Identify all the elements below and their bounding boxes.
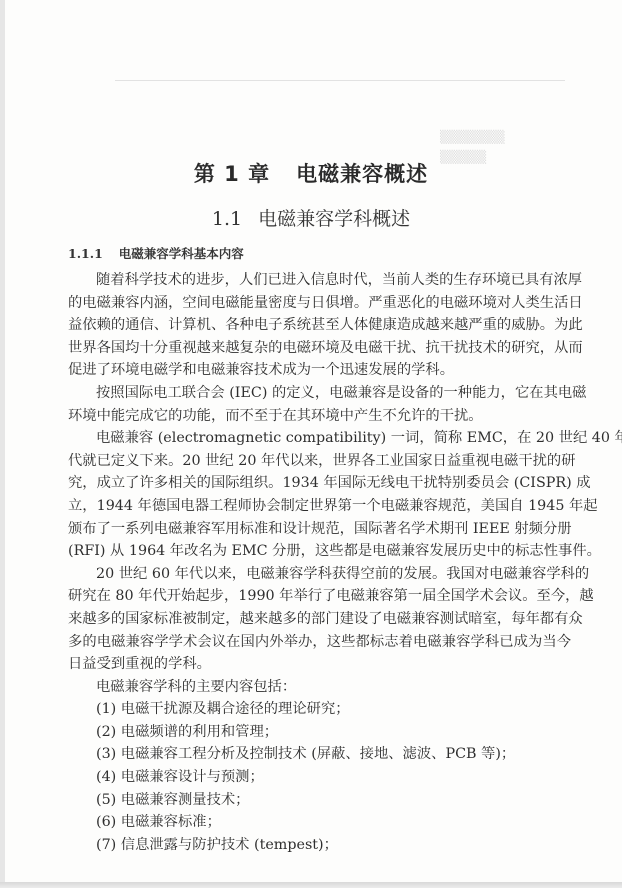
text-line: 按照国际电工联合会 (IEC) 的定义，电磁兼容是设备的一种能力，它在其电磁 <box>68 382 571 405</box>
text-line: 促进了环境电磁学和电磁兼容技术成为一个迅速发展的学科。 <box>68 359 571 382</box>
subsection-number: 1.1.1 <box>68 246 103 261</box>
content-list: (1) 电磁干扰源及耦合途径的理论研究； (2) 电磁频谱的利用和管理； (3)… <box>68 698 571 856</box>
subsection-title: 1.1.1电磁兼容学科基本内容 <box>68 244 244 262</box>
paragraph: 随着科学技术的进步，人们已进入信息时代，当前人类的生存环境已具有浓厚 的电磁兼容… <box>68 269 571 382</box>
list-item: (5) 电磁兼容测量技术； <box>68 789 571 812</box>
text-line: 究，成立了许多相关的国际组织。1934 年国际无线电干扰特别委员会 (CISPR… <box>68 472 571 495</box>
list-item: (4) 电磁兼容设计与预测； <box>68 766 571 789</box>
text-line: 来越多的国家标准被制定，越来越多的部门建设了电磁兼容测试暗室，每年都有众 <box>68 608 571 631</box>
list-item: (2) 电磁频谱的利用和管理； <box>68 721 571 744</box>
paragraph: 电磁兼容 (electromagnetic compatibility) 一词，… <box>68 427 571 563</box>
text-line: 颁布了一系列电磁兼容军用标准和设计规范，国际著名学术期刊 IEEE 射频分册 <box>68 518 571 541</box>
page-left-edge <box>0 0 5 888</box>
show-through-rule <box>115 80 565 81</box>
text-line: 环境中能完成它的功能，而不至于在其环境中产生不允许的干扰。 <box>68 405 571 428</box>
page-bottom-edge <box>0 882 622 888</box>
section-name: 电磁兼容学科概述 <box>258 208 410 230</box>
text-line: 益依赖的通信、计算机、各种电子系统甚至人体健康造成越来越严重的威胁。为此 <box>68 314 571 337</box>
list-item: (3) 电磁兼容工程分析及控制技术 (屏蔽、接地、滤波、PCB 等)； <box>68 743 571 766</box>
text-line: 的电磁兼容内涵，空间电磁能量密度与日俱增。严重恶化的电磁环境对人类生活日 <box>68 292 571 315</box>
text-line: 日益受到重视的学科。 <box>68 653 571 676</box>
paragraph: 按照国际电工联合会 (IEC) 的定义，电磁兼容是设备的一种能力，它在其电磁 环… <box>68 382 571 427</box>
list-intro: 电磁兼容学科的主要内容包括： <box>68 676 571 699</box>
book-page: ▒▒▒▒▒▒▒ ▒▒▒▒▒ 第 1 章电磁兼容概述 1.1电磁兼容学科概述 1.… <box>0 0 622 888</box>
text-line: 研究在 80 年代开始起步，1990 年举行了电磁兼容第一届全国学术会议。至今，… <box>68 585 571 608</box>
chapter-title: 第 1 章电磁兼容概述 <box>0 158 622 188</box>
text-line: 随着科学技术的进步，人们已进入信息时代，当前人类的生存环境已具有浓厚 <box>68 269 571 292</box>
text-line: (RFI) 从 1964 年改名为 EMC 分册，这些都是电磁兼容发展历史中的标… <box>68 540 571 563</box>
chapter-label: 第 1 章 <box>194 162 270 186</box>
subsection-name: 电磁兼容学科基本内容 <box>119 246 244 261</box>
paragraph: 电磁兼容学科的主要内容包括： <box>68 676 571 699</box>
list-item: (7) 信息泄露与防护技术 (tempest)； <box>68 834 571 857</box>
section-number: 1.1 <box>212 208 242 230</box>
section-title: 1.1电磁兼容学科概述 <box>0 204 622 231</box>
body-text: 随着科学技术的进步，人们已进入信息时代，当前人类的生存环境已具有浓厚 的电磁兼容… <box>68 269 571 856</box>
chapter-name: 电磁兼容概述 <box>296 162 428 186</box>
list-item: (6) 电磁兼容标准； <box>68 811 571 834</box>
text-line: 电磁兼容 (electromagnetic compatibility) 一词，… <box>68 427 571 450</box>
list-item: (1) 电磁干扰源及耦合途径的理论研究； <box>68 698 571 721</box>
text-line: 20 世纪 60 年代以来，电磁兼容学科获得空前的发展。我国对电磁兼容学科的 <box>68 563 571 586</box>
text-line: 代就已定义下来。20 世纪 20 年代以来，世界各工业国家日益重视电磁干扰的研 <box>68 450 571 473</box>
text-line: 多的电磁兼容学学术会议在国内外举办，这些都标志着电磁兼容学科已成为当今 <box>68 631 571 654</box>
text-line: 立，1944 年德国电器工程师协会制定世界第一个电磁兼容规范，美国自 1945 … <box>68 495 571 518</box>
text-line: 世界各国均十分重视越来越复杂的电磁环境及电磁干扰、抗干扰技术的研究，从而 <box>68 337 571 360</box>
paragraph: 20 世纪 60 年代以来，电磁兼容学科获得空前的发展。我国对电磁兼容学科的 研… <box>68 563 571 676</box>
show-through-text: ▒▒▒▒▒▒▒ <box>440 130 505 144</box>
